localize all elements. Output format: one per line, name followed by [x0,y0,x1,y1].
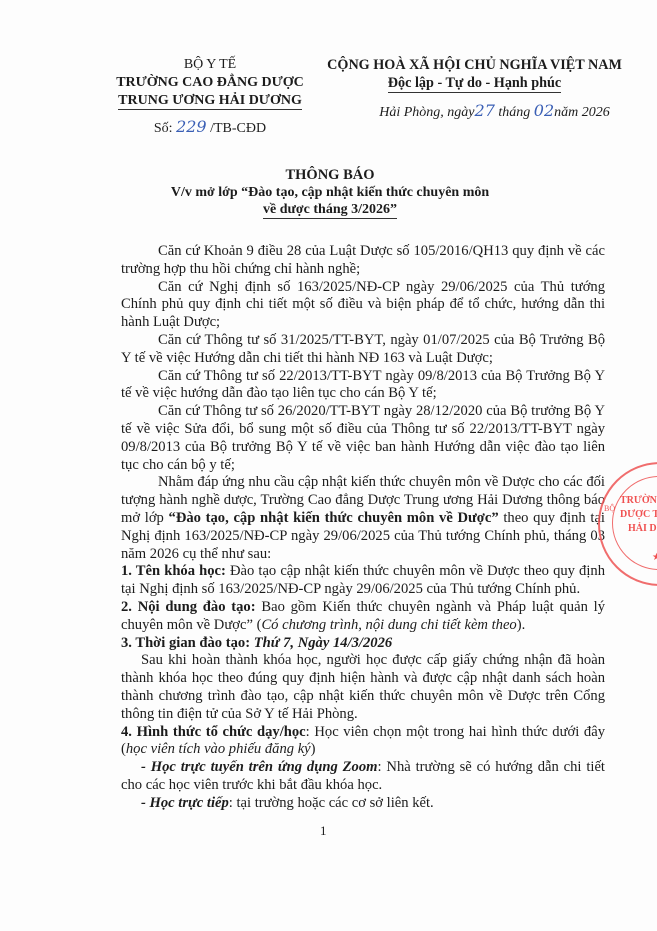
certificate-paragraph: Sau khi hoàn thành khóa học, người học đ… [121,652,605,723]
legal-basis-2: Căn cứ Nghị định số 163/2025/NĐ-CP ngày … [121,279,605,332]
legal-basis-3: Căn cứ Thông tư số 31/2025/TT-BYT, ngày … [121,332,605,368]
school-name-line2: TRUNG ƯƠNG HẢI DƯƠNG [118,93,302,110]
seal-text: TRƯỜNG CA DƯỢC TRUN HẢI DU [620,494,657,536]
handwritten-month: 02 [534,101,554,120]
national-motto: Độc lập - Tự do - Hạnh phúc [388,75,561,93]
section-course-name: 1. Tên khóa học: Đào tạo cập nhật kiến t… [121,563,605,599]
page-number: 1 [320,823,327,839]
handwritten-number: 229 [176,117,207,136]
legal-basis-1: Căn cứ Khoản 9 điều 28 của Luật Dược số … [121,243,605,279]
notice-subject-line2: về dược tháng 3/2026” [263,202,397,219]
national-header: CỘNG HOÀ XÃ HỘI CHỦ NGHĨA VIỆT NAM Độc l… [322,56,627,122]
official-seal: BỘ TRƯỜNG CA DƯỢC TRUN HẢI DU ★ [598,462,657,586]
star-icon: ★ [652,552,657,563]
notice-title: THÔNG BÁO V/v mở lớp “Đào tạo, cập nhật … [100,167,560,218]
issuer-block: BỘ Y TẾ TRƯỜNG CAO ĐẲNG DƯỢC TRUNG ƯƠNG … [85,56,335,138]
handwritten-day: 27 [475,101,495,120]
place-date: Hải Phòng, ngày27 tháng 02năm 2026 [322,102,627,122]
purpose-paragraph: Nhằm đáp ứng nhu cầu cập nhật kiến thức … [121,474,605,563]
legal-basis-4: Căn cứ Thông tư số 22/2013/TT-BYT ngày 0… [121,368,605,404]
section-content: 2. Nội dung đào tạo: Bao gồm Kiến thức c… [121,599,605,635]
country-name: CỘNG HOÀ XÃ HỘI CHỦ NGHĨA VIỆT NAM [322,56,627,74]
option-in-person: - Học trực tiếp: tại trường hoặc các cơ … [121,795,605,813]
section-time: 3. Thời gian đào tạo: Thứ 7, Ngày 14/3/2… [121,635,605,653]
notice-subject-line1: V/v mở lớp “Đào tạo, cập nhật kiến thức … [100,184,560,201]
section-format: 4. Hình thức tổ chức dạy/học: Học viên c… [121,724,605,760]
seal-side-text: BỘ [604,504,612,514]
document-number: Số: 229 /TB-CĐD [85,118,335,138]
ministry-name: BỘ Y TẾ [85,56,335,74]
legal-basis-5: Căn cứ Thông tư số 26/2020/TT-BYT ngày 2… [121,403,605,474]
school-name-line1: TRƯỜNG CAO ĐẲNG DƯỢC [85,74,335,92]
notice-heading: THÔNG BÁO [100,167,560,184]
notice-body: Căn cứ Khoản 9 điều 28 của Luật Dược số … [121,243,605,813]
option-online: - Học trực tuyến trên ứng dụng Zoom: Nhà… [121,759,605,795]
